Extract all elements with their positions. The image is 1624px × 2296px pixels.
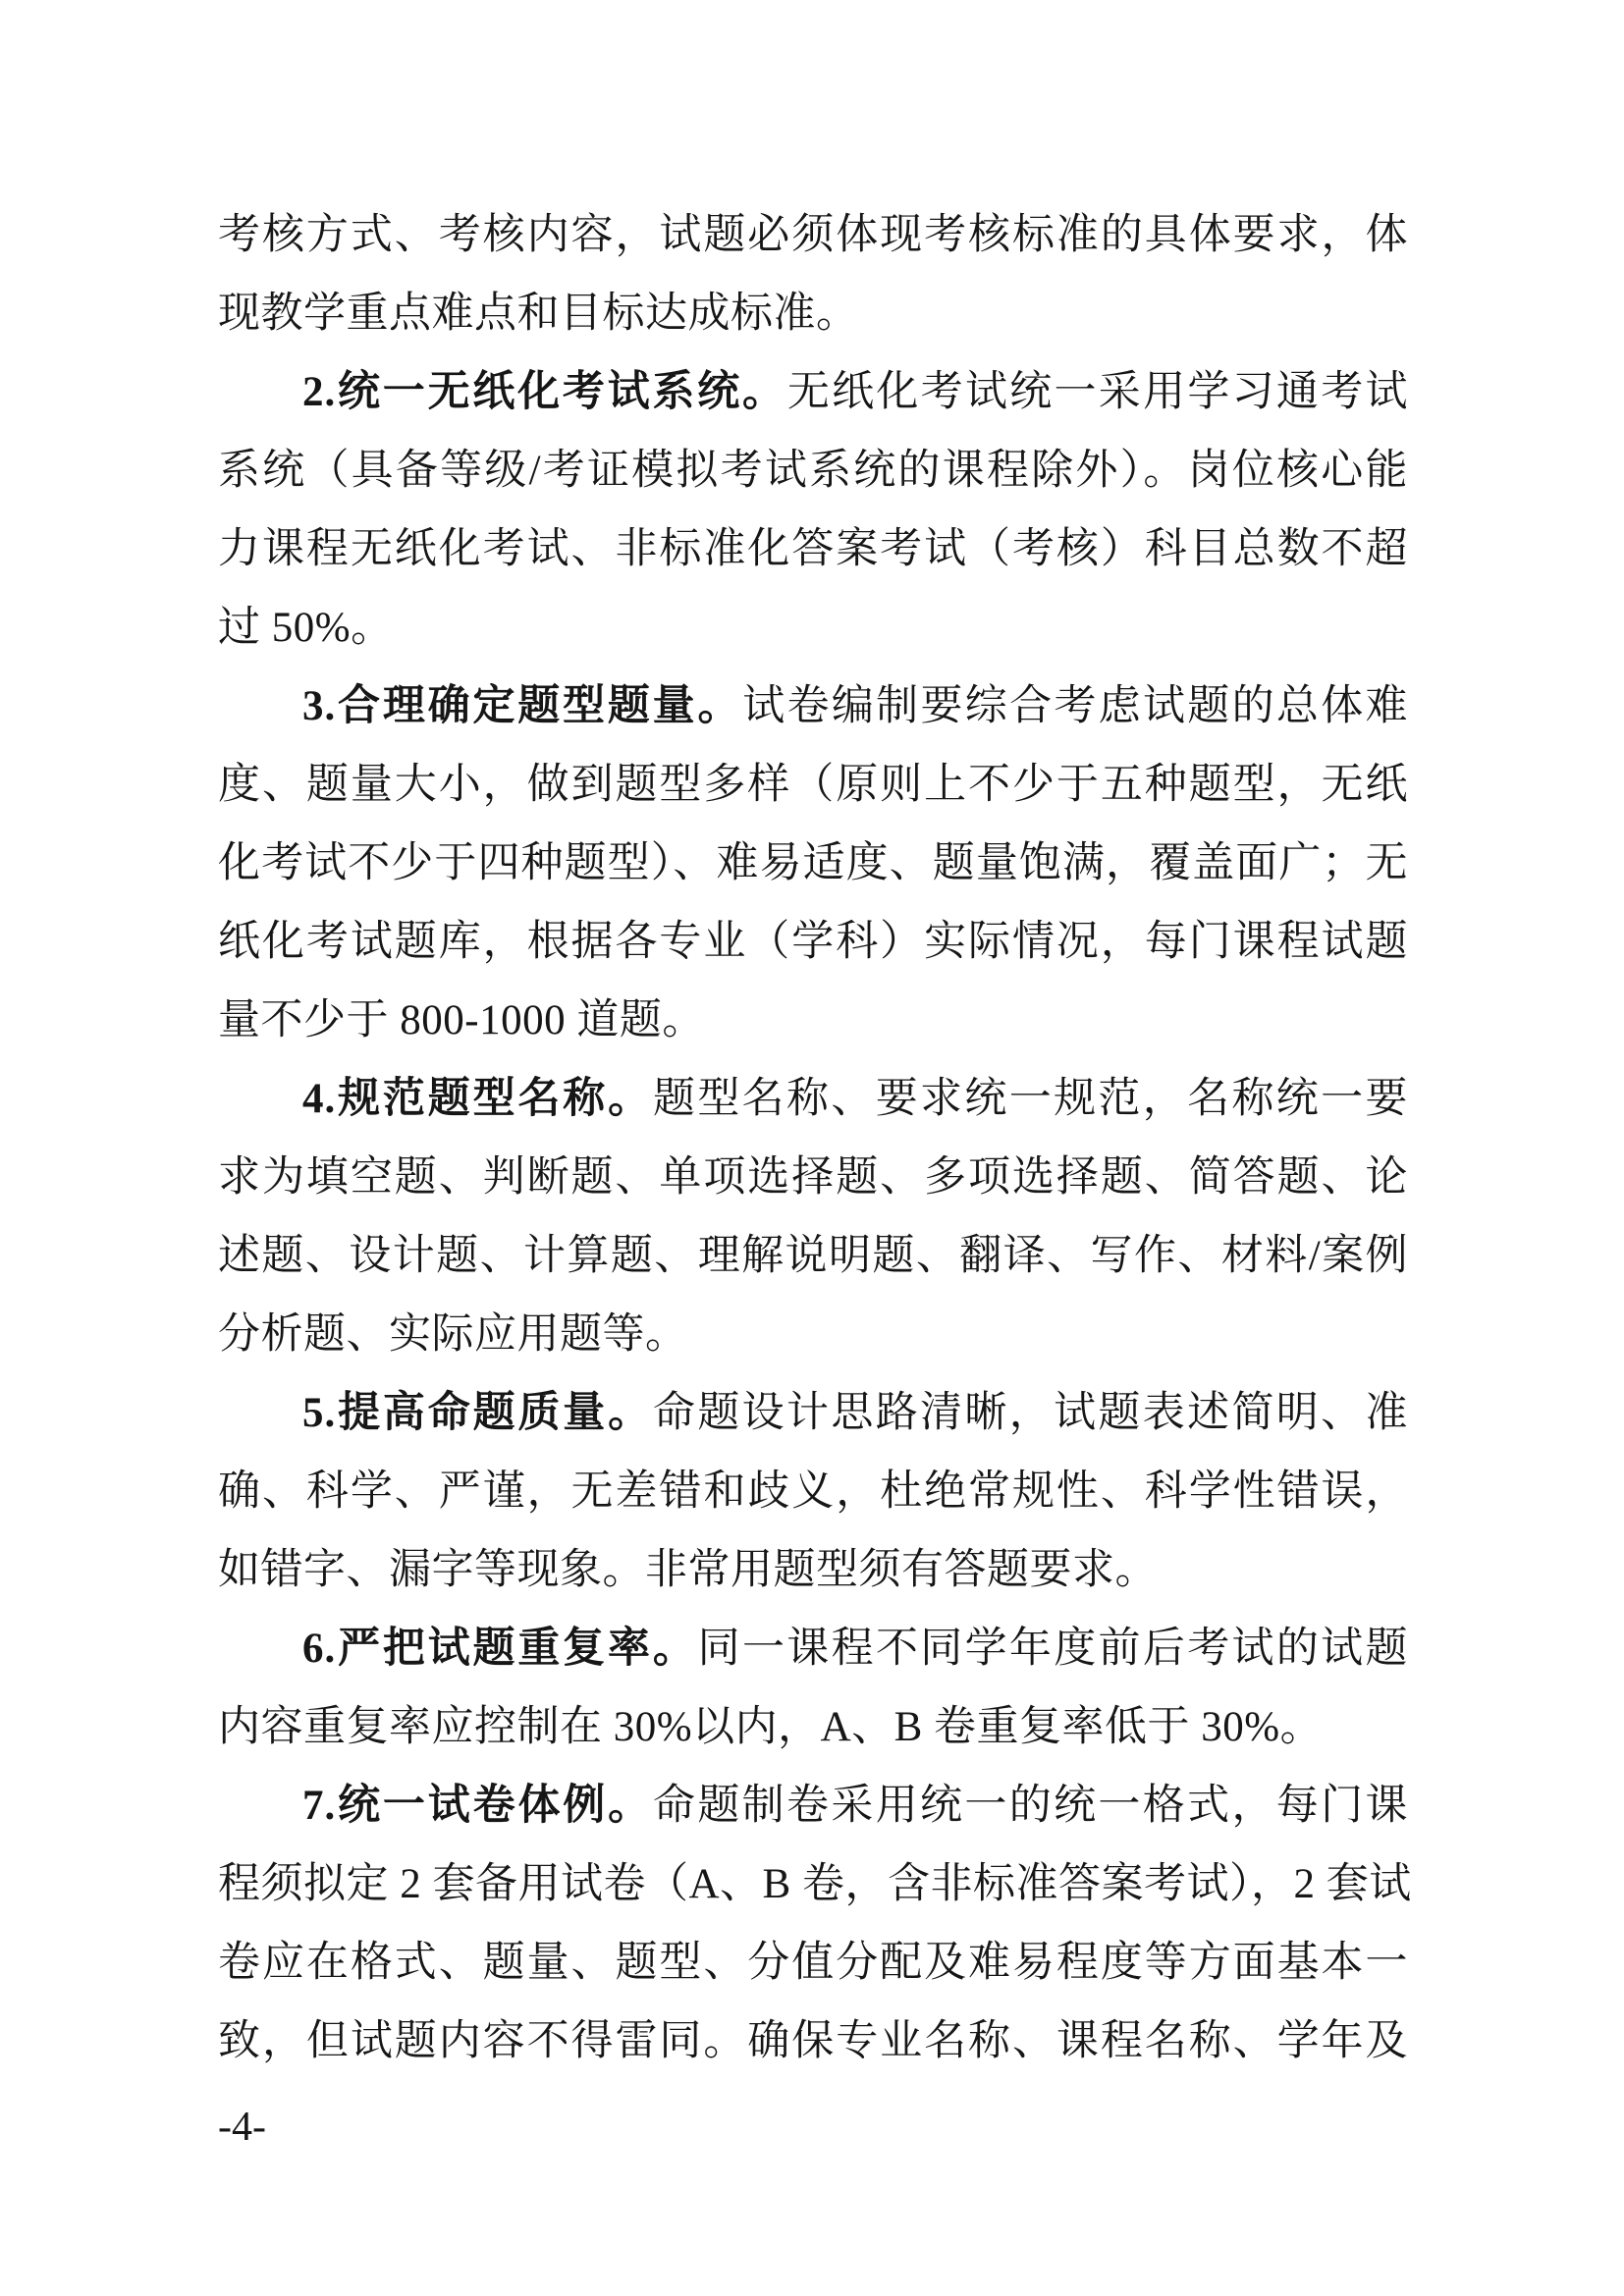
paragraph: 2.统一无纸化考试系统。无纸化考试统一采用学习通考试系统（具备等级/考证模拟考试… [218,353,1408,667]
paragraph: 3.合理确定题型题量。试卷编制要综合考虑试题的总体难度、题量大小，做到题型多样（… [218,667,1408,1060]
text-line: 2.统一无纸化考试系统。无纸化考试统一采用学习通考试 [218,353,1408,432]
numbered-heading: 6.严把试题重复率。 [302,1626,698,1672]
text-line: 3.合理确定题型题量。试卷编制要综合考虑试题的总体难 [218,667,1408,746]
paragraph: 4.规范题型名称。题型名称、要求统一规范，名称统一要求为填空题、判断题、单项选择… [218,1060,1408,1374]
text-line: 4.规范题型名称。题型名称、要求统一规范，名称统一要 [218,1060,1408,1139]
page-number: -4- [218,2097,266,2158]
paragraph: 7.统一试卷体例。命题制卷采用统一的统一格式，每门课程须拟定 2 套备用试卷（A… [218,1767,1408,2081]
text-line: 卷应在格式、题量、题型、分值分配及难易程度等方面基本一 [218,1924,1408,2002]
numbered-heading: 4.规范题型名称。 [302,1076,653,1122]
text-line: 述题、设计题、计算题、理解说明题、翻译、写作、材料/案例 [218,1217,1408,1296]
text-line: 求为填空题、判断题、单项选择题、多项选择题、简答题、论 [218,1139,1408,1217]
text-line: 6.严把试题重复率。同一课程不同学年度前后考试的试题 [218,1610,1408,1688]
text-line: 现教学重点难点和目标达成标准。 [218,275,1408,353]
numbered-heading: 7.统一试卷体例。 [302,1783,653,1829]
text-line: 7.统一试卷体例。命题制卷采用统一的统一格式，每门课 [218,1767,1408,1845]
text-line: 系统（具备等级/考证模拟考试系统的课程除外）。岗位核心能 [218,432,1408,510]
document-page: 考核方式、考核内容，试题必须体现考核标准的具体要求，体现教学重点难点和目标达成标… [0,0,1624,2296]
text-line: 过 50%。 [218,589,1408,667]
paragraph: 5.提高命题质量。命题设计思路清晰，试题表述简明、准确、科学、严谨，无差错和歧义… [218,1374,1408,1610]
text-line: 考核方式、考核内容，试题必须体现考核标准的具体要求，体 [218,196,1408,275]
numbered-heading: 3.合理确定题型题量。 [302,683,742,729]
text-line: 程须拟定 2 套备用试卷（A、B 卷，含非标准答案考试），2 套试 [218,1845,1408,1924]
text-line: 如错字、漏字等现象。非常用题型须有答题要求。 [218,1531,1408,1610]
text-line: 度、题量大小，做到题型多样（原则上不少于五种题型，无纸 [218,746,1408,825]
document-body: 考核方式、考核内容，试题必须体现考核标准的具体要求，体现教学重点难点和目标达成标… [218,196,1408,2081]
text-line: 分析题、实际应用题等。 [218,1296,1408,1374]
text-line: 致，但试题内容不得雷同。确保专业名称、课程名称、学年及 [218,2002,1408,2081]
text-line: 5.提高命题质量。命题设计思路清晰，试题表述简明、准 [218,1374,1408,1453]
paragraph: 6.严把试题重复率。同一课程不同学年度前后考试的试题内容重复率应控制在 30%以… [218,1610,1408,1767]
text-line: 力课程无纸化考试、非标准化答案考试（考核）科目总数不超 [218,510,1408,589]
numbered-heading: 2.统一无纸化考试系统。 [302,369,787,415]
text-line: 化考试不少于四种题型）、难易适度、题量饱满，覆盖面广；无 [218,825,1408,903]
numbered-heading: 5.提高命题质量。 [302,1390,653,1436]
text-line: 量不少于 800-1000 道题。 [218,982,1408,1060]
text-line: 确、科学、严谨，无差错和歧义，杜绝常规性、科学性错误， [218,1453,1408,1531]
text-line: 内容重复率应控制在 30%以内，A、B 卷重复率低于 30%。 [218,1688,1408,1767]
text-line: 纸化考试题库，根据各专业（学科）实际情况，每门课程试题 [218,903,1408,982]
paragraph: 考核方式、考核内容，试题必须体现考核标准的具体要求，体现教学重点难点和目标达成标… [218,196,1408,353]
